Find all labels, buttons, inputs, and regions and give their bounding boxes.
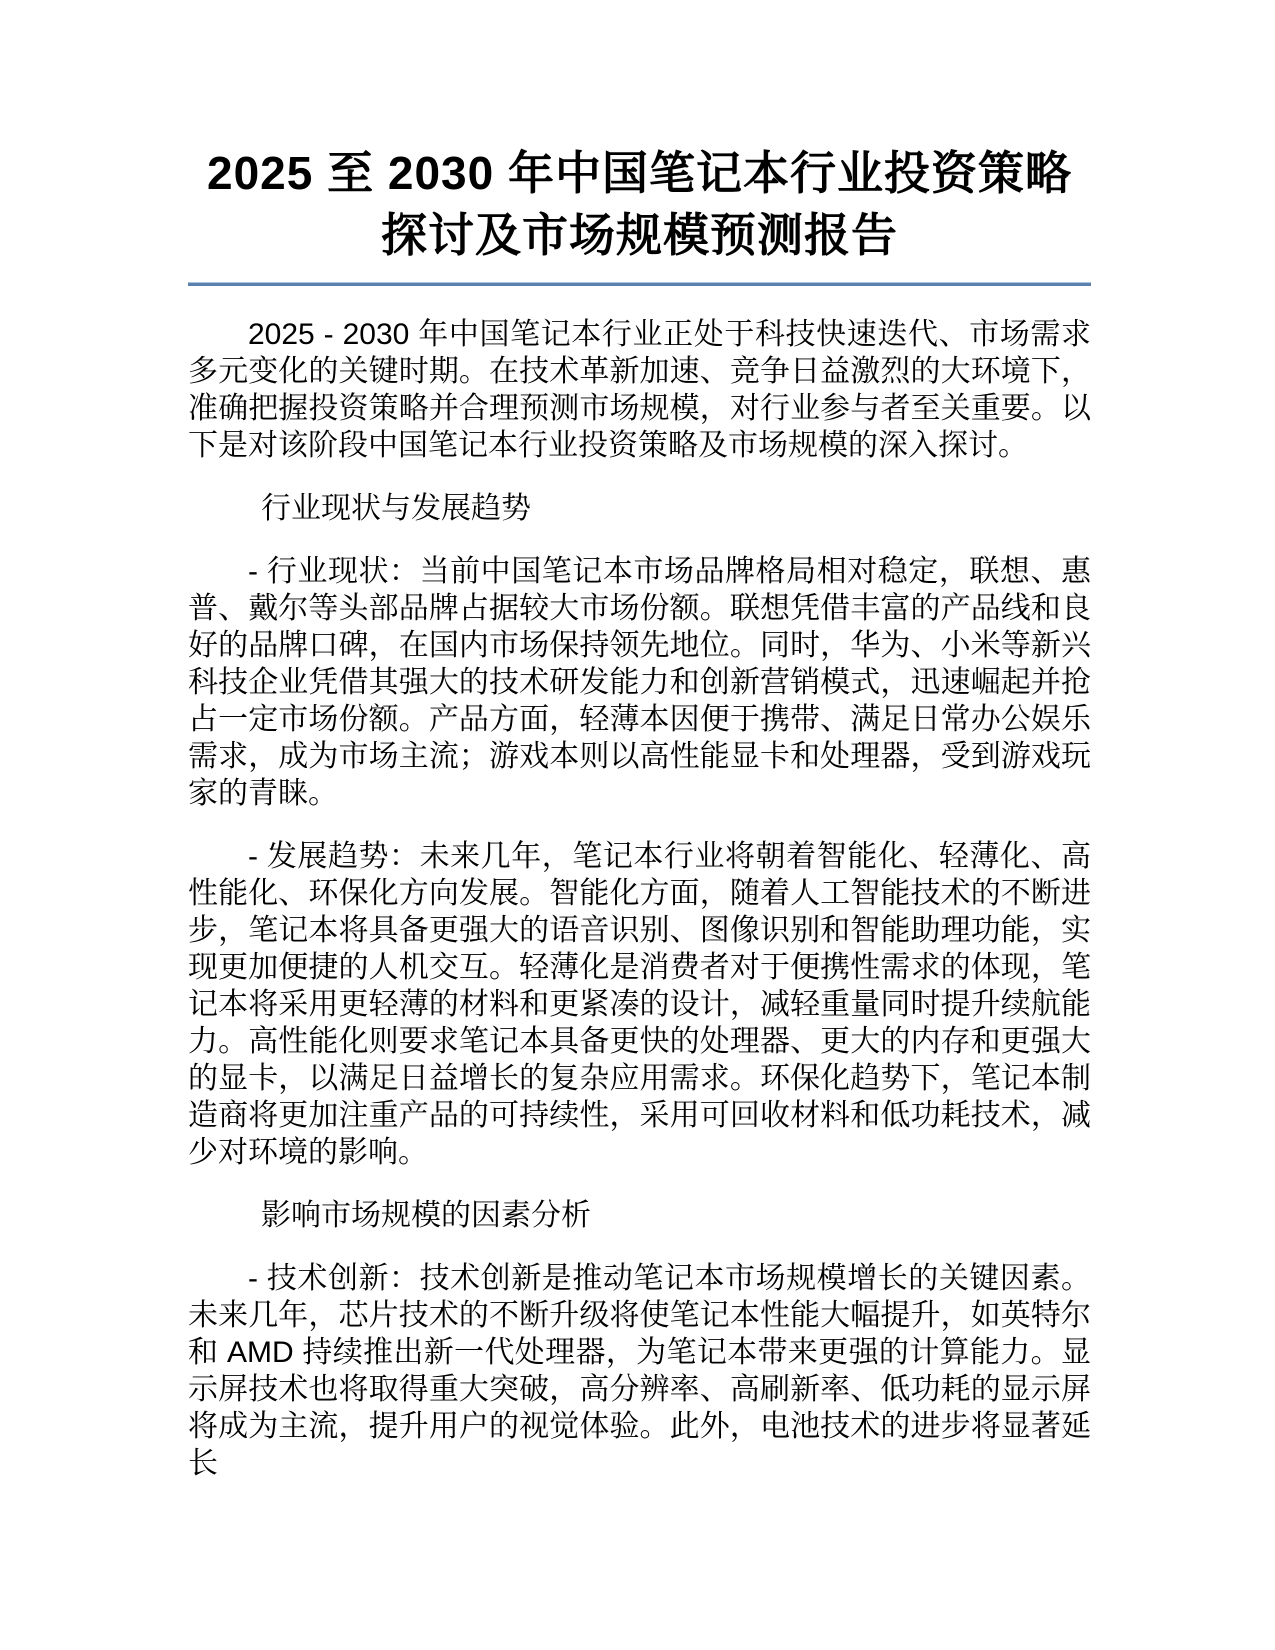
report-title: 2025 至 2030 年中国笔记本行业投资策略 探讨及市场规模预测报告 (188, 142, 1091, 266)
section-heading-industry-status: 行业现状与发展趋势 (188, 490, 1091, 527)
body-paragraph-intro: 2025 - 2030 年中国笔记本行业正处于科技快速迭代、市场需求多元变化的关… (188, 316, 1091, 464)
report-title-line2: 探讨及市场规模预测报告 (188, 204, 1091, 266)
title-divider-rule (188, 282, 1091, 286)
report-title-line1: 2025 至 2030 年中国笔记本行业投资策略 (188, 142, 1091, 204)
document-body: 2025 - 2030 年中国笔记本行业正处于科技快速迭代、市场需求多元变化的关… (188, 316, 1091, 1482)
body-paragraph-industry-status: - 行业现状：当前中国笔记本市场品牌格局相对稳定，联想、惠普、戴尔等头部品牌占据… (188, 553, 1091, 812)
document-page: 2025 至 2030 年中国笔记本行业投资策略 探讨及市场规模预测报告 202… (0, 0, 1275, 1650)
body-paragraph-development-trends: - 发展趋势：未来几年，笔记本行业将朝着智能化、轻薄化、高性能化、环保化方向发展… (188, 838, 1091, 1171)
section-heading-market-factors: 影响市场规模的因素分析 (188, 1197, 1091, 1234)
body-paragraph-tech-innovation: - 技术创新：技术创新是推动笔记本市场规模增长的关键因素。未来几年，芯片技术的不… (188, 1260, 1091, 1482)
